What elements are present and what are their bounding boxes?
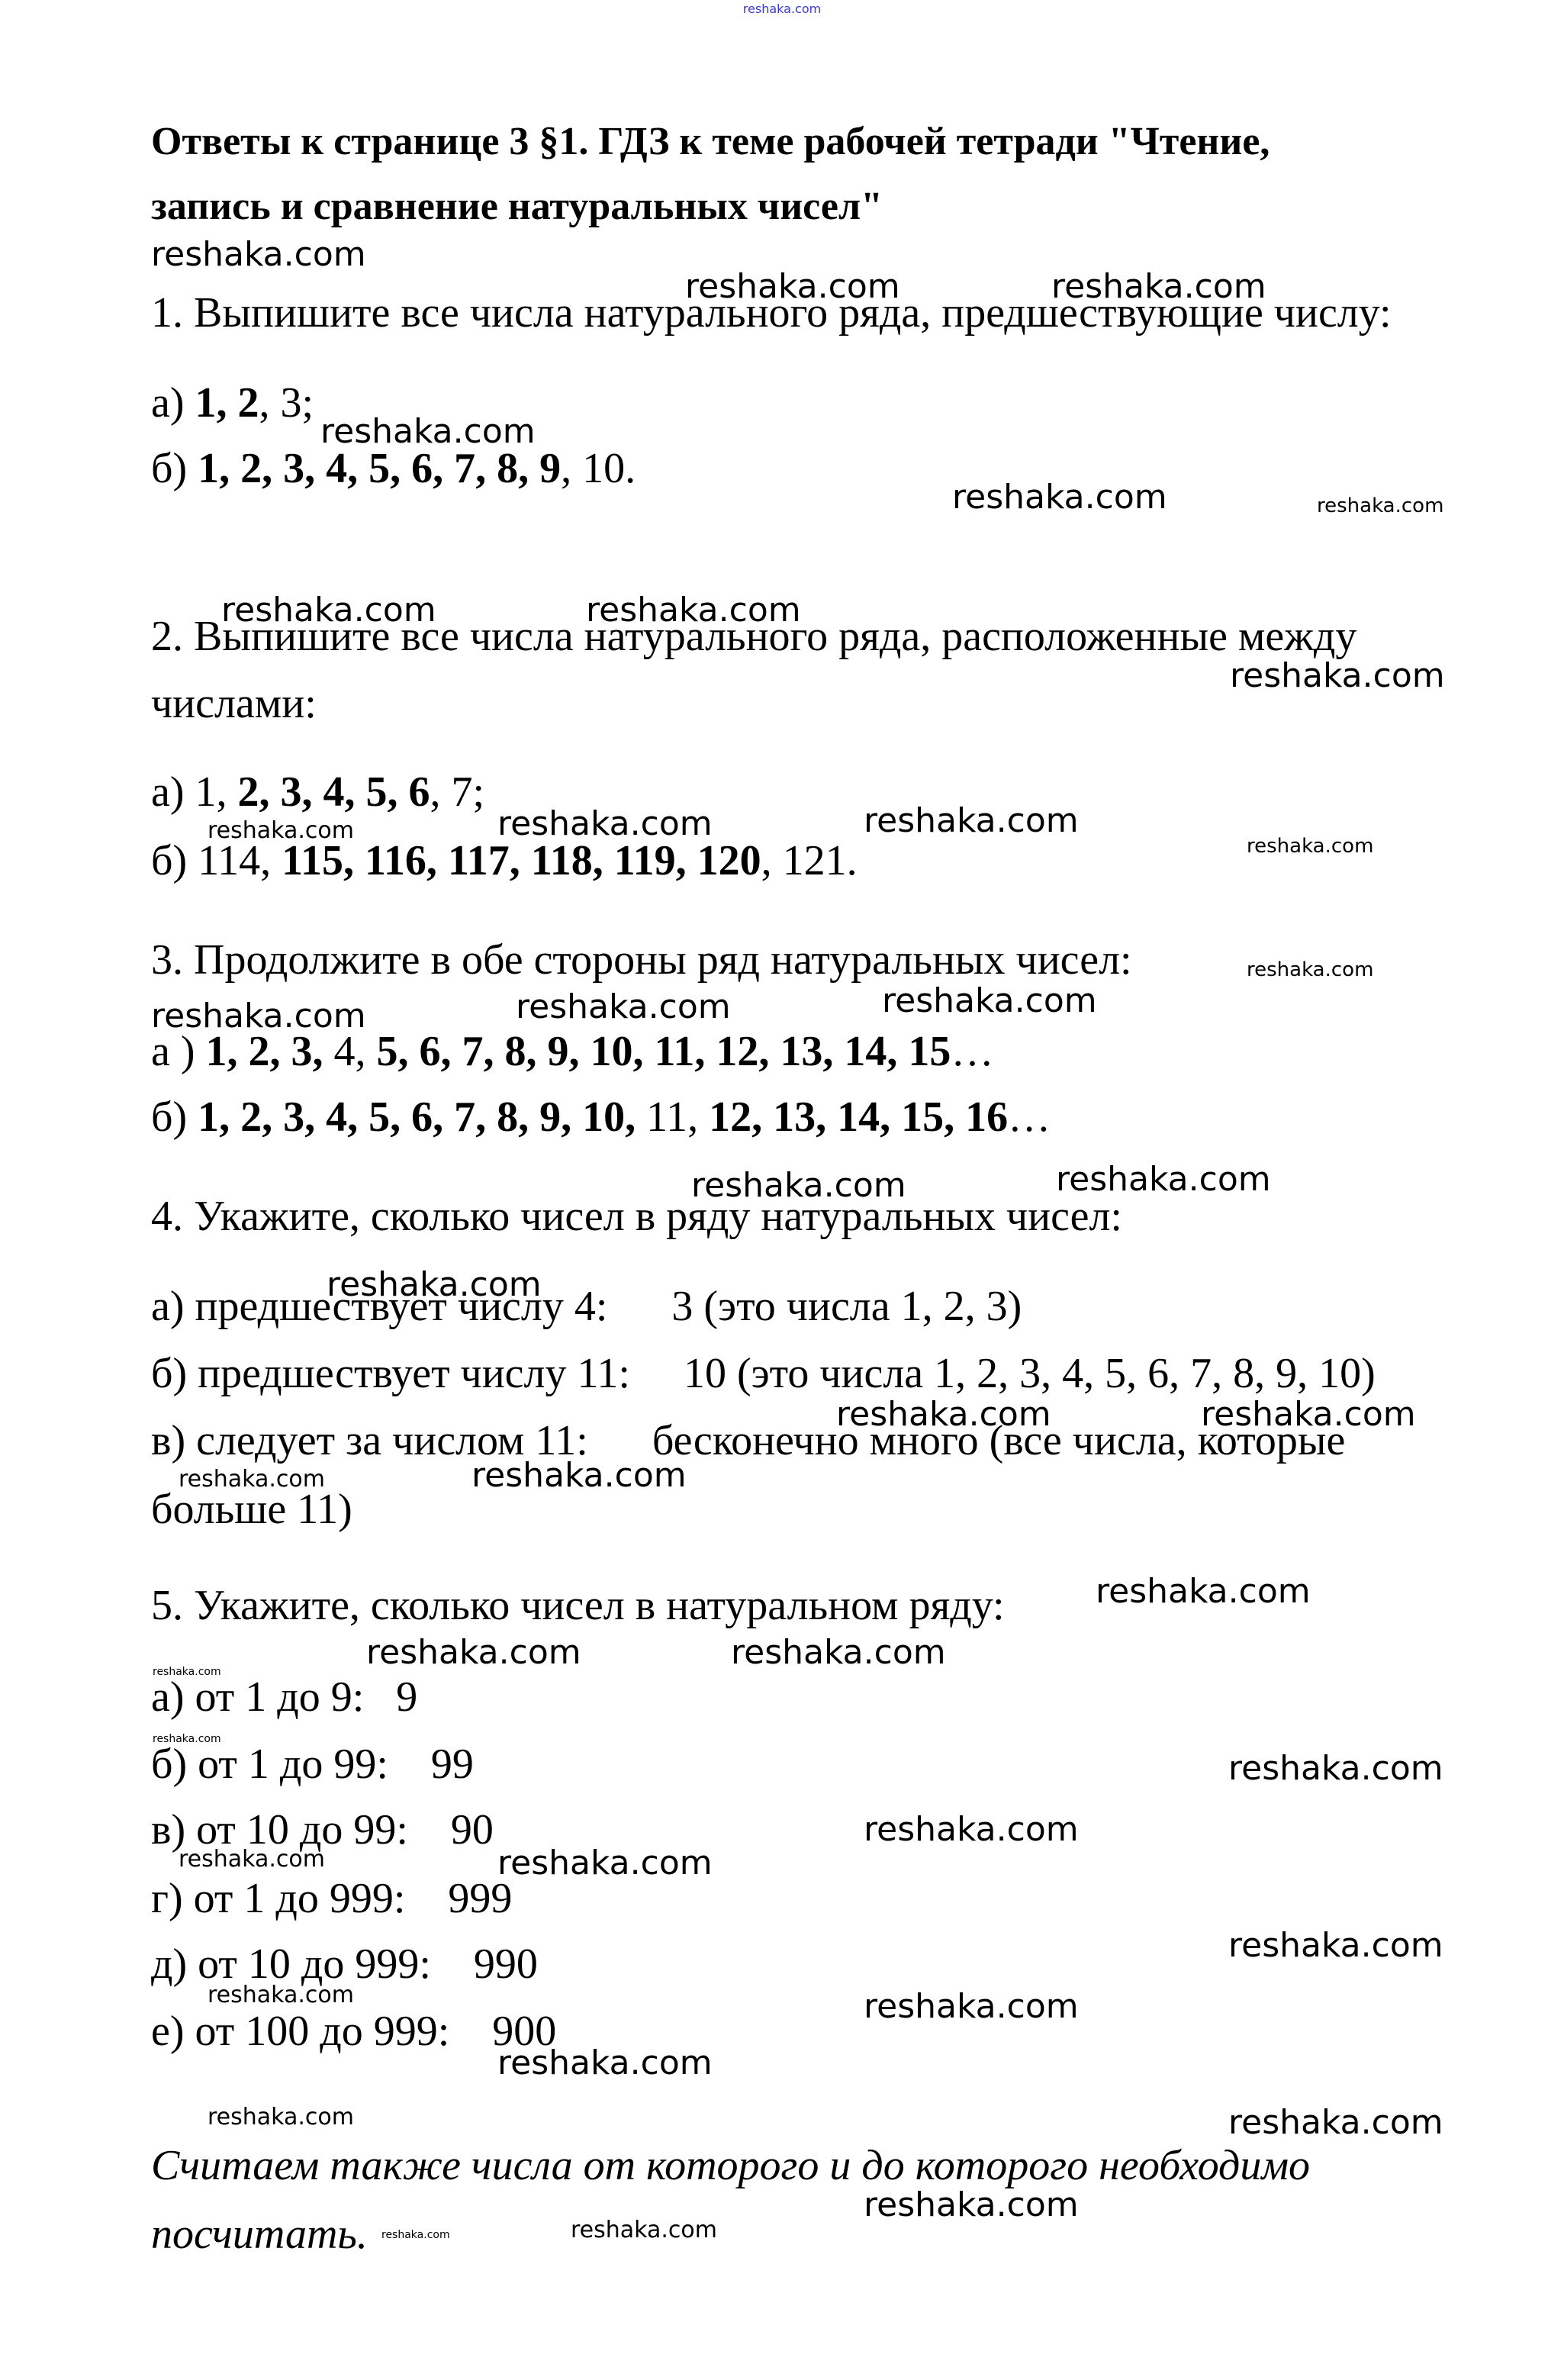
page-title-line-2: запись и сравнение натуральных чисел" bbox=[151, 187, 883, 227]
answer-label: а) bbox=[151, 768, 195, 816]
answer-value: , 7; bbox=[430, 768, 485, 816]
watermark: reshaka.com bbox=[1051, 270, 1266, 304]
watermark: reshaka.com bbox=[1228, 2106, 1443, 2140]
answer-value-bold: 115, 116, 117, 118, 119, 120 bbox=[282, 837, 761, 884]
task-2-answer-b: б) 114, 115, 116, 117, 118, 119, 120, 12… bbox=[151, 839, 858, 882]
task-4-answer-b: б) предшествует числу 11: 10 (это числа … bbox=[151, 1352, 1376, 1395]
watermark: reshaka.com bbox=[1201, 1398, 1416, 1432]
watermark: reshaka.com bbox=[221, 594, 436, 627]
answer-value: , 3; bbox=[259, 379, 314, 427]
watermark: reshaka.com bbox=[153, 1667, 221, 1677]
answer-label: а) bbox=[151, 379, 195, 427]
watermark: reshaka.com bbox=[1228, 1752, 1443, 1786]
task-3-answer-b: б) 1, 2, 3, 4, 5, 6, 7, 8, 9, 10, 11, 12… bbox=[151, 1096, 1051, 1138]
answer-value-bold: 1, 2, 3, 4, 5, 6, 7, 8, 9 bbox=[198, 445, 561, 492]
watermark: reshaka.com bbox=[151, 1000, 366, 1033]
watermark: reshaka.com bbox=[1317, 496, 1443, 516]
watermark: reshaka.com bbox=[497, 2047, 713, 2080]
note-line-1: Считаем также числа от которого и до кот… bbox=[151, 2144, 1310, 2187]
watermark: reshaka.com bbox=[685, 270, 900, 304]
watermark: reshaka.com bbox=[691, 1169, 906, 1203]
note-line-2: посчитать. bbox=[151, 2213, 368, 2256]
watermark: reshaka.com bbox=[320, 415, 536, 449]
watermark: reshaka.com bbox=[1247, 836, 1373, 856]
task-5-question: 5. Укажите, сколько чисел в натуральном … bbox=[151, 1584, 1005, 1627]
answer-value: 11, bbox=[646, 1093, 709, 1141]
task-4-answer-c-continued: больше 11) bbox=[151, 1488, 352, 1531]
task-1-answer-b: б) 1, 2, 3, 4, 5, 6, 7, 8, 9, 10. bbox=[151, 447, 636, 490]
watermark: reshaka.com bbox=[471, 1459, 687, 1493]
watermark: reshaka.com bbox=[497, 1847, 713, 1880]
watermark: reshaka.com bbox=[571, 2219, 717, 2242]
watermark: reshaka.com bbox=[1228, 1929, 1443, 1963]
watermark: reshaka.com bbox=[836, 1398, 1051, 1432]
answer-value-bold: 2, 3, 4, 5, 6 bbox=[238, 768, 430, 816]
watermark: reshaka.com bbox=[864, 1813, 1079, 1847]
watermark: reshaka.com bbox=[151, 238, 366, 272]
task-1-answer-a: а) 1, 2, 3; bbox=[151, 382, 314, 424]
watermark: reshaka.com bbox=[586, 594, 801, 627]
watermark: reshaka.com bbox=[864, 1990, 1079, 2024]
answer-value-bold: 1, 2, 3, 4, 5, 6, 7, 8, 9, 10, bbox=[198, 1093, 646, 1141]
answer-value: 1, bbox=[195, 768, 238, 816]
task-5-answer-b: б) от 1 до 99: 99 bbox=[151, 1743, 474, 1786]
answer-value-bold: 12, 13, 14, 15, 16 bbox=[709, 1093, 1008, 1141]
watermark: reshaka.com bbox=[1056, 1163, 1271, 1196]
task-3-answer-a: а ) 1, 2, 3, 4, 5, 6, 7, 8, 9, 10, 11, 1… bbox=[151, 1030, 993, 1073]
answer-value: … bbox=[951, 1028, 993, 1075]
watermark: reshaka.com bbox=[153, 1734, 221, 1744]
watermark: reshaka.com bbox=[179, 1848, 325, 1871]
answer-label: б) bbox=[151, 837, 198, 884]
task-4-answer-c: в) следует за числом 11: бесконечно мног… bbox=[151, 1419, 1345, 1462]
answer-value: , 10. bbox=[561, 445, 636, 492]
watermark: reshaka.com bbox=[327, 1268, 542, 1302]
watermark: reshaka.com bbox=[731, 1636, 946, 1670]
watermark: reshaka.com bbox=[179, 1468, 325, 1491]
watermark: reshaka.com bbox=[1230, 659, 1445, 693]
watermark: reshaka.com bbox=[864, 804, 1079, 838]
watermark: reshaka.com bbox=[516, 990, 731, 1024]
task-4-question: 4. Укажите, сколько чисел в ряду натурал… bbox=[151, 1195, 1122, 1238]
watermark: reshaka.com bbox=[208, 2106, 354, 2129]
watermark: reshaka.com bbox=[208, 1984, 354, 2007]
watermark: reshaka.com bbox=[952, 481, 1167, 514]
task-5-answer-c: в) от 10 до 99: 90 bbox=[151, 1808, 494, 1851]
task-2-question-line-2: числами: bbox=[151, 682, 317, 725]
answer-value: , 121. bbox=[761, 837, 858, 884]
answer-label: б) bbox=[151, 1093, 198, 1141]
answer-value-bold: 5, 6, 7, 8, 9, 10, 11, 12, 13, 14, 15 bbox=[377, 1028, 951, 1075]
watermark: reshaka.com bbox=[381, 2230, 450, 2240]
task-5-answer-f: е) от 100 до 999: 900 bbox=[151, 2010, 556, 2053]
site-watermark-top: reshaka.com bbox=[0, 2, 1564, 16]
task-3-question: 3. Продолжите в обе стороны ряд натураль… bbox=[151, 939, 1132, 981]
task-5-answer-e: д) от 10 до 999: 990 bbox=[151, 1943, 538, 1985]
task-2-answer-a: а) 1, 2, 3, 4, 5, 6, 7; bbox=[151, 771, 484, 813]
answer-label: б) bbox=[151, 445, 198, 492]
watermark: reshaka.com bbox=[864, 2188, 1079, 2222]
watermark: reshaka.com bbox=[1096, 1575, 1311, 1609]
task-5-answer-a: а) от 1 до 9: 9 bbox=[151, 1676, 417, 1718]
watermark: reshaka.com bbox=[208, 820, 354, 842]
task-4-answer-a: а) предшествует числу 4: 3 (это числа 1,… bbox=[151, 1285, 1022, 1328]
answer-value: 114, bbox=[198, 837, 282, 884]
task-5-answer-d: г) от 1 до 999: 999 bbox=[151, 1877, 512, 1920]
answer-value: … bbox=[1008, 1093, 1051, 1141]
answer-value-bold: 2 bbox=[238, 379, 259, 427]
watermark: reshaka.com bbox=[882, 984, 1097, 1018]
watermark: reshaka.com bbox=[497, 807, 713, 841]
watermark: reshaka.com bbox=[366, 1636, 581, 1670]
watermark: reshaka.com bbox=[1247, 960, 1373, 980]
answer-value-bold: 1, bbox=[195, 379, 238, 427]
page-title-line-1: Ответы к странице 3 §1. ГДЗ к теме рабоч… bbox=[151, 122, 1270, 162]
